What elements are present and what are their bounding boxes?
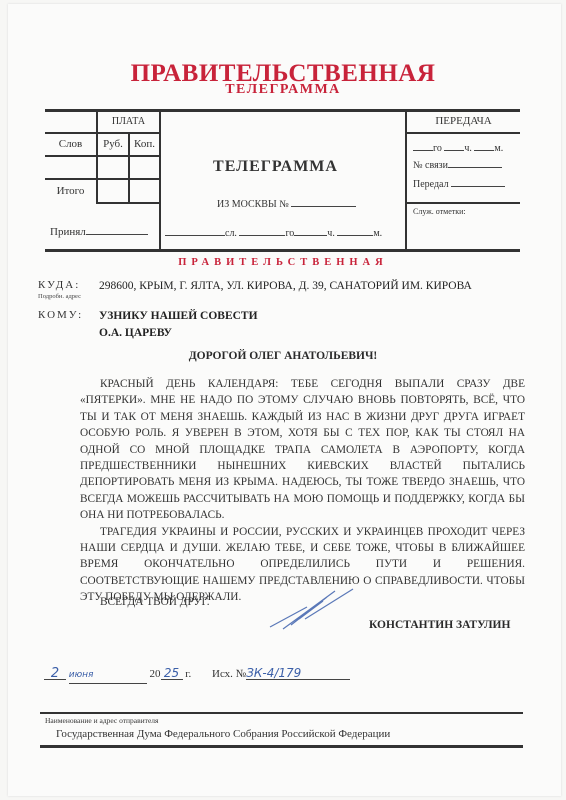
recipient-name-line2: О.А. ЦАРЕВУ <box>99 327 172 339</box>
outgoing-label: Исх. № <box>212 668 246 680</box>
transmission-time-field[interactable]: го ч. м. <box>413 141 503 154</box>
kop-label: Коп. <box>130 138 159 150</box>
recipient-name-line1: УЗНИКУ НАШЕЙ СОВЕСТИ <box>99 310 258 322</box>
rub-label: Руб. <box>98 138 128 150</box>
sender-label: Наименование и адрес отправителя <box>45 716 158 725</box>
link-number-field[interactable]: № связи <box>413 158 502 171</box>
detailed-address-label: Подробн. адрес <box>38 293 81 300</box>
letter-body: КРАСНЫЙ ДЕНЬ КАЛЕНДАРЯ: ТЕБЕ СЕГОДНЯ ВЫП… <box>80 376 525 606</box>
signature-icon <box>265 585 355 635</box>
date-month: июня <box>69 670 147 684</box>
date-day: 2 <box>44 666 66 680</box>
sent-by-label: Передал <box>413 179 449 190</box>
payment-header: ПЛАТА <box>98 116 159 127</box>
transmission-header: ПЕРЕДАЧА <box>407 115 520 127</box>
date-field[interactable]: 2 июня 2025 г. <box>44 666 191 684</box>
from-moscow-label: ИЗ МОСКВЫ № <box>217 199 289 210</box>
total-label: Итого <box>45 185 96 197</box>
sent-by-field[interactable]: Передал <box>413 177 505 190</box>
words-label: Слов <box>45 138 96 150</box>
paragraph-1: КРАСНЫЙ ДЕНЬ КАЛЕНДАРЯ: ТЕБЕ СЕГОДНЯ ВЫП… <box>80 376 525 524</box>
to-where-label: КУДА: <box>38 279 80 291</box>
from-moscow-field[interactable]: ИЗ МОСКВЫ № <box>217 197 356 210</box>
date-year: 25 <box>161 666 183 680</box>
document-subtitle: ТЕЛЕГРАММА <box>0 82 566 98</box>
center-telegram-title: ТЕЛЕГРАММА <box>163 158 388 176</box>
received-label: Принял <box>50 226 86 238</box>
link-number-label: № связи <box>413 160 448 171</box>
closing: ВСЕГДА ТВОЙ ДРУГ. <box>100 596 210 608</box>
signature-name: КОНСТАНТИН ЗАТУЛИН <box>369 619 510 631</box>
recipient-address: 298600, КРЫМ, Г. ЯЛТА, УЛ. КИРОВА, Д. 39… <box>99 280 472 292</box>
service-notes-label: Служ. отметки: <box>413 207 466 216</box>
sender-name: Государственная Дума Федерального Собран… <box>56 728 390 740</box>
greeting: ДОРОГОЙ ОЛЕГ АНАТОЛЬЕВИЧ! <box>0 350 566 362</box>
outgoing-number: ЗК-4/179 <box>246 666 350 680</box>
received-time-field[interactable]: сл. гоч. м. <box>165 226 382 239</box>
outgoing-number-field[interactable]: Исх. №ЗК-4/179 <box>212 666 350 680</box>
government-subheader: ПРАВИТЕЛЬСТВЕННАЯ <box>0 257 566 268</box>
received-field[interactable]: Принял <box>50 225 148 238</box>
to-whom-label: КОМУ: <box>38 309 83 321</box>
